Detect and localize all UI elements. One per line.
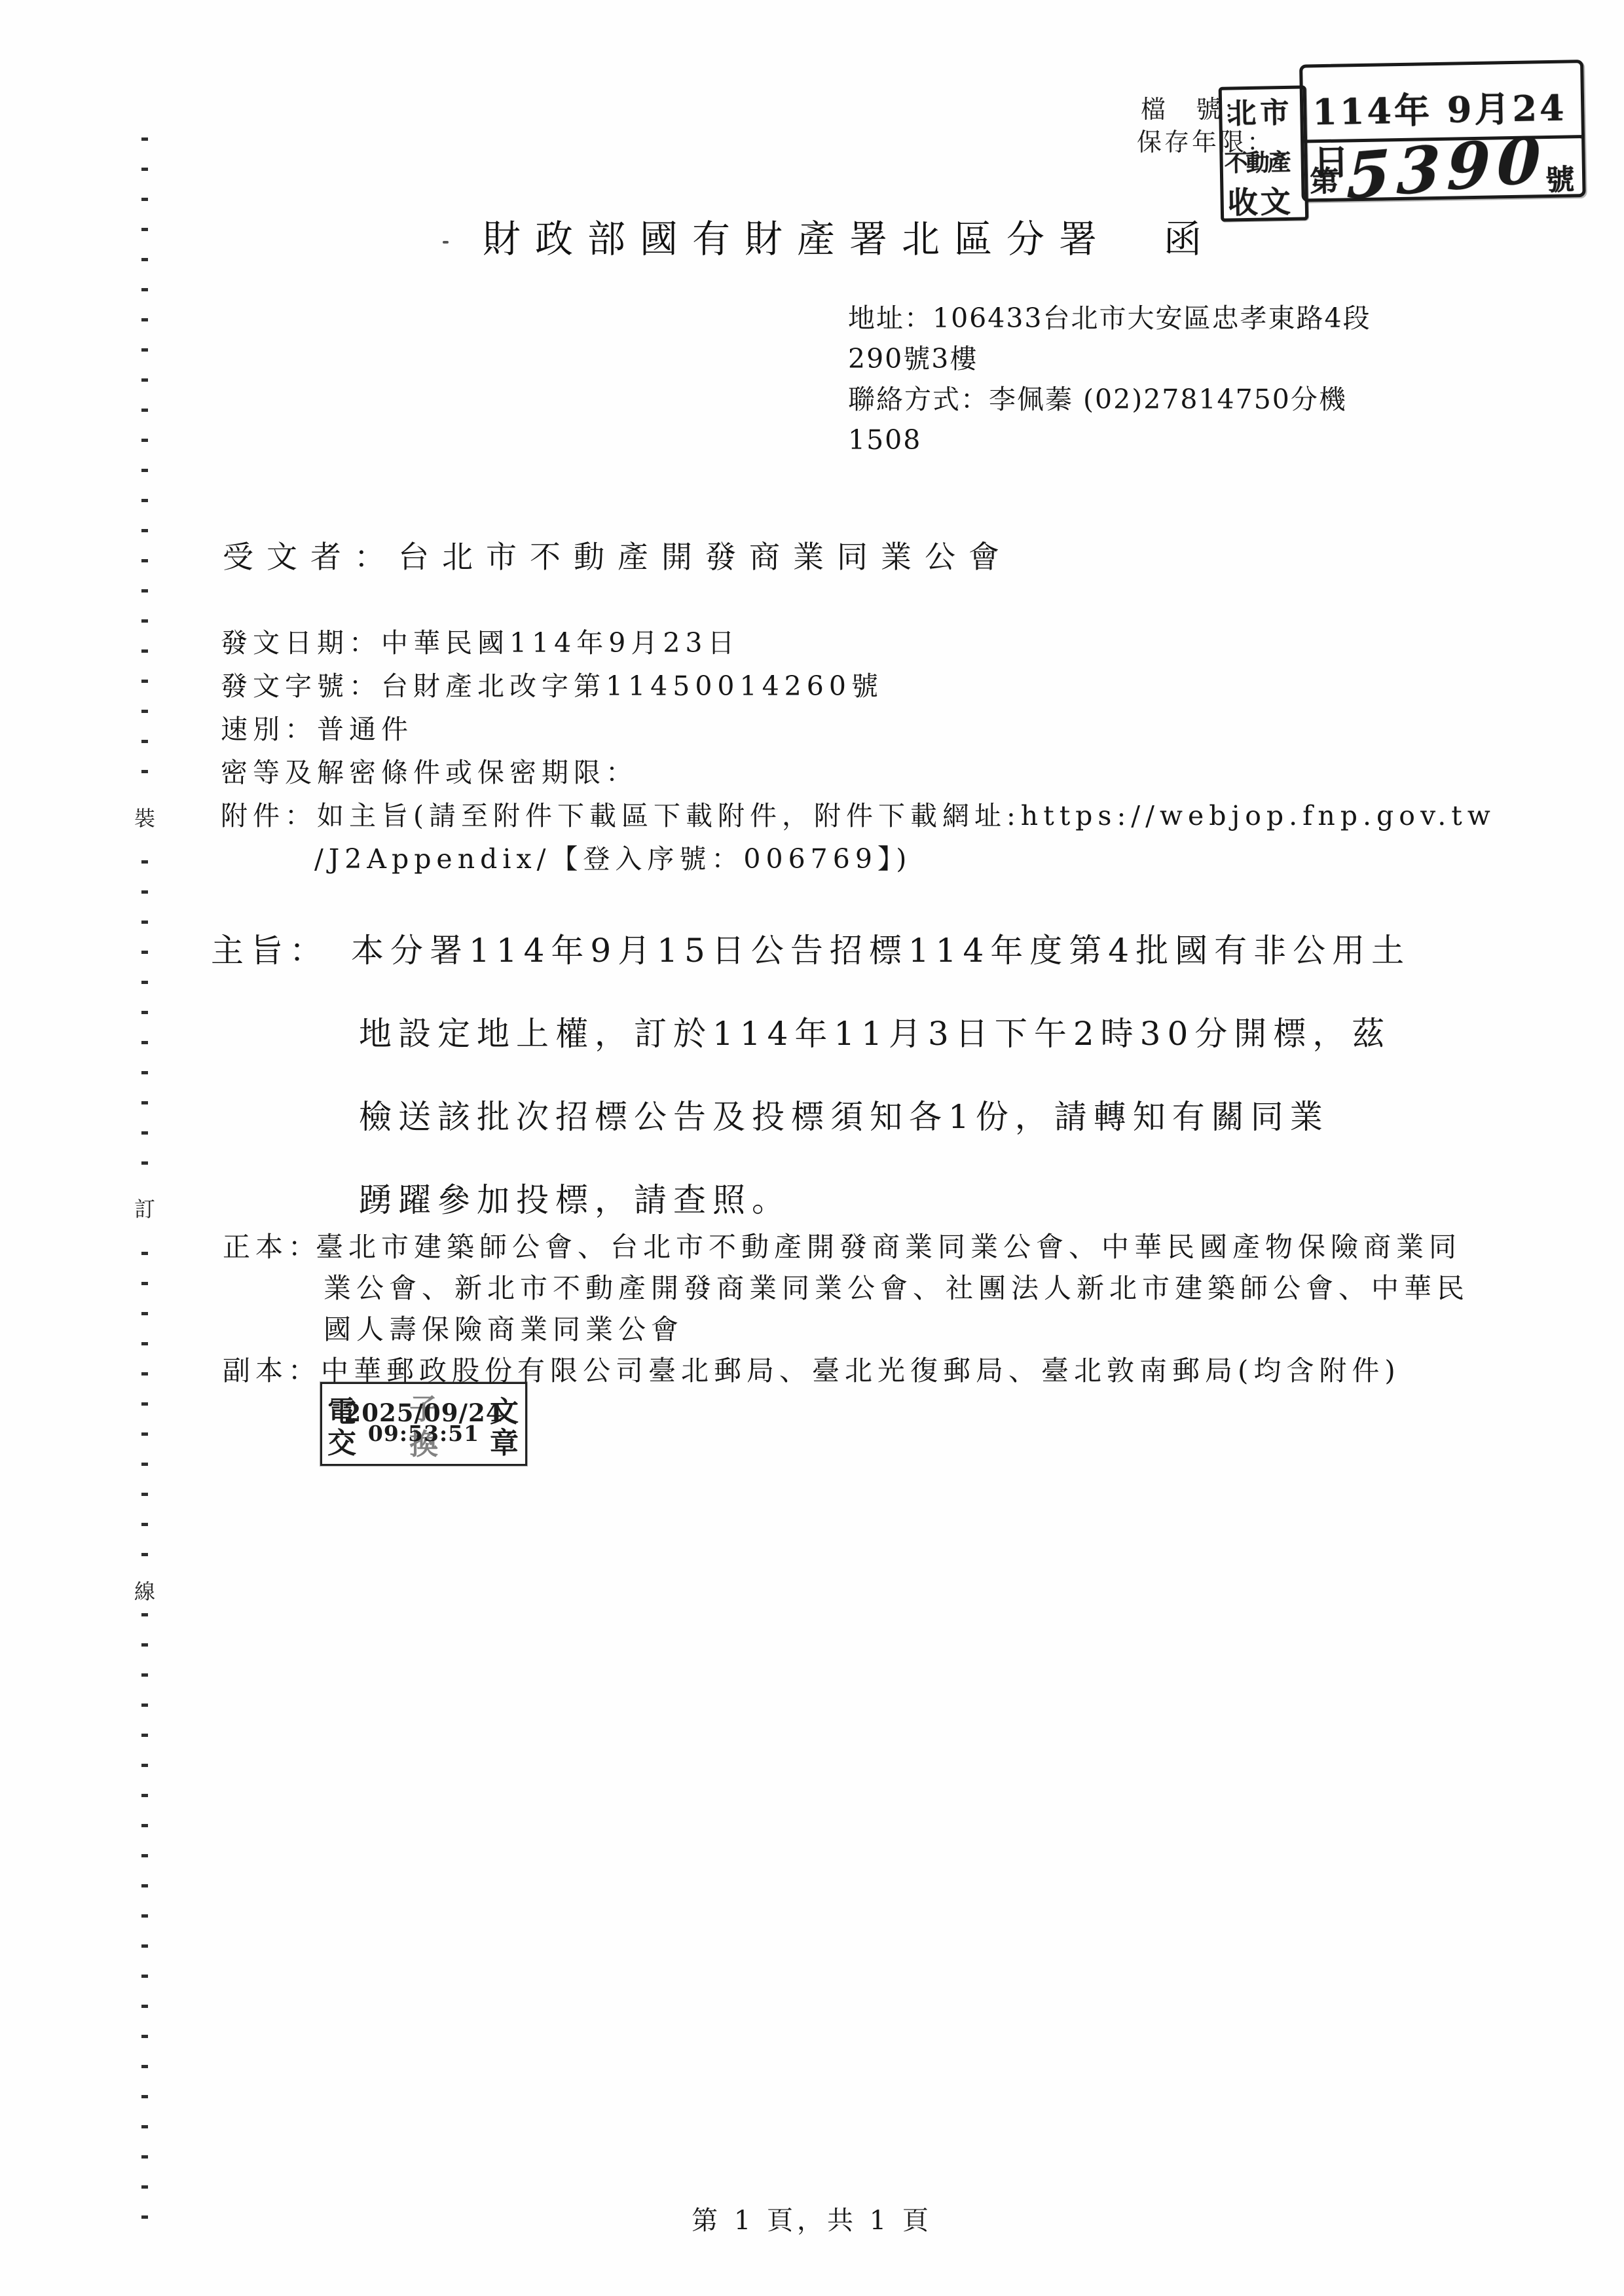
original-line1: 臺北市建築師公會、台北市不動產開發商業同業公會、中華民國產物保險商業同 <box>316 1233 1462 1261</box>
receipt-stamp: 北市 不動產 收文 114年 9月24日 第 5390 號 <box>1215 54 1582 218</box>
original-line3: 國人壽保險商業同業公會 <box>323 1316 684 1343</box>
page-number: 第 1 頁，共 1 頁 <box>692 2208 932 2234</box>
receipt-stamp-date-box: 114年 9月24日 第 5390 號 <box>1299 60 1586 202</box>
receipt-stamp-org-line1: 北市 <box>1227 89 1293 132</box>
subject-line4: 踴躍參加投標，請查照。 <box>359 1184 791 1216</box>
scan-artifact <box>443 241 449 244</box>
subject-line3: 檢送該批次招標公告及投標須知各1份，請轉知有關同業 <box>359 1101 1329 1133</box>
sender-contact-line1: 聯絡方式：李佩蓁 (02)27814750分機 <box>848 386 1347 413</box>
cc-line: 副本：中華郵政股份有限公司臺北郵局、臺北光復郵局、臺北敦南郵局(均含附件) <box>223 1357 1401 1385</box>
meta-speed: 速別：普通件 <box>221 716 413 743</box>
meta-issue-date: 發文日期：中華民國114年9月23日 <box>221 630 740 657</box>
meta-attachment-line1: 附件：如主旨(請至附件下載區下載附件，附件下載網址:https://webjop… <box>221 803 1496 829</box>
recipient-line: 受文者：台北市不動產開發商業同業公會 <box>223 542 1012 573</box>
receipt-stamp-org-box: 北市 不動產 收文 <box>1219 85 1309 221</box>
sender-contact-line2: 1508 <box>848 427 921 454</box>
binding-mark-xian: 線 <box>132 1569 158 1612</box>
original-label: 正本： <box>223 1233 321 1261</box>
subject-line1: 本分署114年9月15日公告招標114年度第4批國有非公用土 <box>351 934 1411 967</box>
binding-mark-ding: 訂 <box>132 1186 158 1230</box>
meta-security: 密等及解密條件或保密期限： <box>221 759 638 786</box>
receipt-stamp-org-line2: 不動產 <box>1224 144 1289 179</box>
binding-dotted-line <box>141 137 148 2219</box>
sender-address-line2: 290號3樓 <box>848 346 978 373</box>
sender-address-line1: 地址：106433台北市大安區忠孝東路4段 <box>848 305 1371 332</box>
meta-doc-number: 發文字號：台財產北改字第11450014260號 <box>221 673 883 700</box>
meta-attachment-line2: /J2Appendix/【登入序號：006769】) <box>314 846 912 873</box>
page-title: 財政部國有財產署北區分署 函 <box>483 220 1216 258</box>
binding-mark-zhuang: 裝 <box>132 795 158 839</box>
receipt-stamp-org-line3: 收文 <box>1227 178 1293 223</box>
original-line2: 業公會、新北市不動產開發商業同業公會、社團法人新北市建築師公會、中華民 <box>323 1275 1469 1302</box>
electronic-exchange-stamp: 電 子 文 交 換 章 2025/09/24 09:53:51 <box>320 1382 527 1466</box>
scanned-official-letter: 裝 訂 線 檔 號： 保存年限： 北市 不動產 收文 114年 9月24日 第 … <box>0 0 1624 2296</box>
receipt-stamp-no-suffix: 號 <box>1545 156 1575 198</box>
receipt-stamp-no-prefix: 第 <box>1310 158 1339 200</box>
exchange-stamp-time: 09:53:51 <box>368 1421 479 1446</box>
subject-label: 主旨： <box>211 934 329 967</box>
subject-line2: 地設定地上權，訂於114年11月3日下午2時30分開標，茲 <box>359 1017 1391 1050</box>
